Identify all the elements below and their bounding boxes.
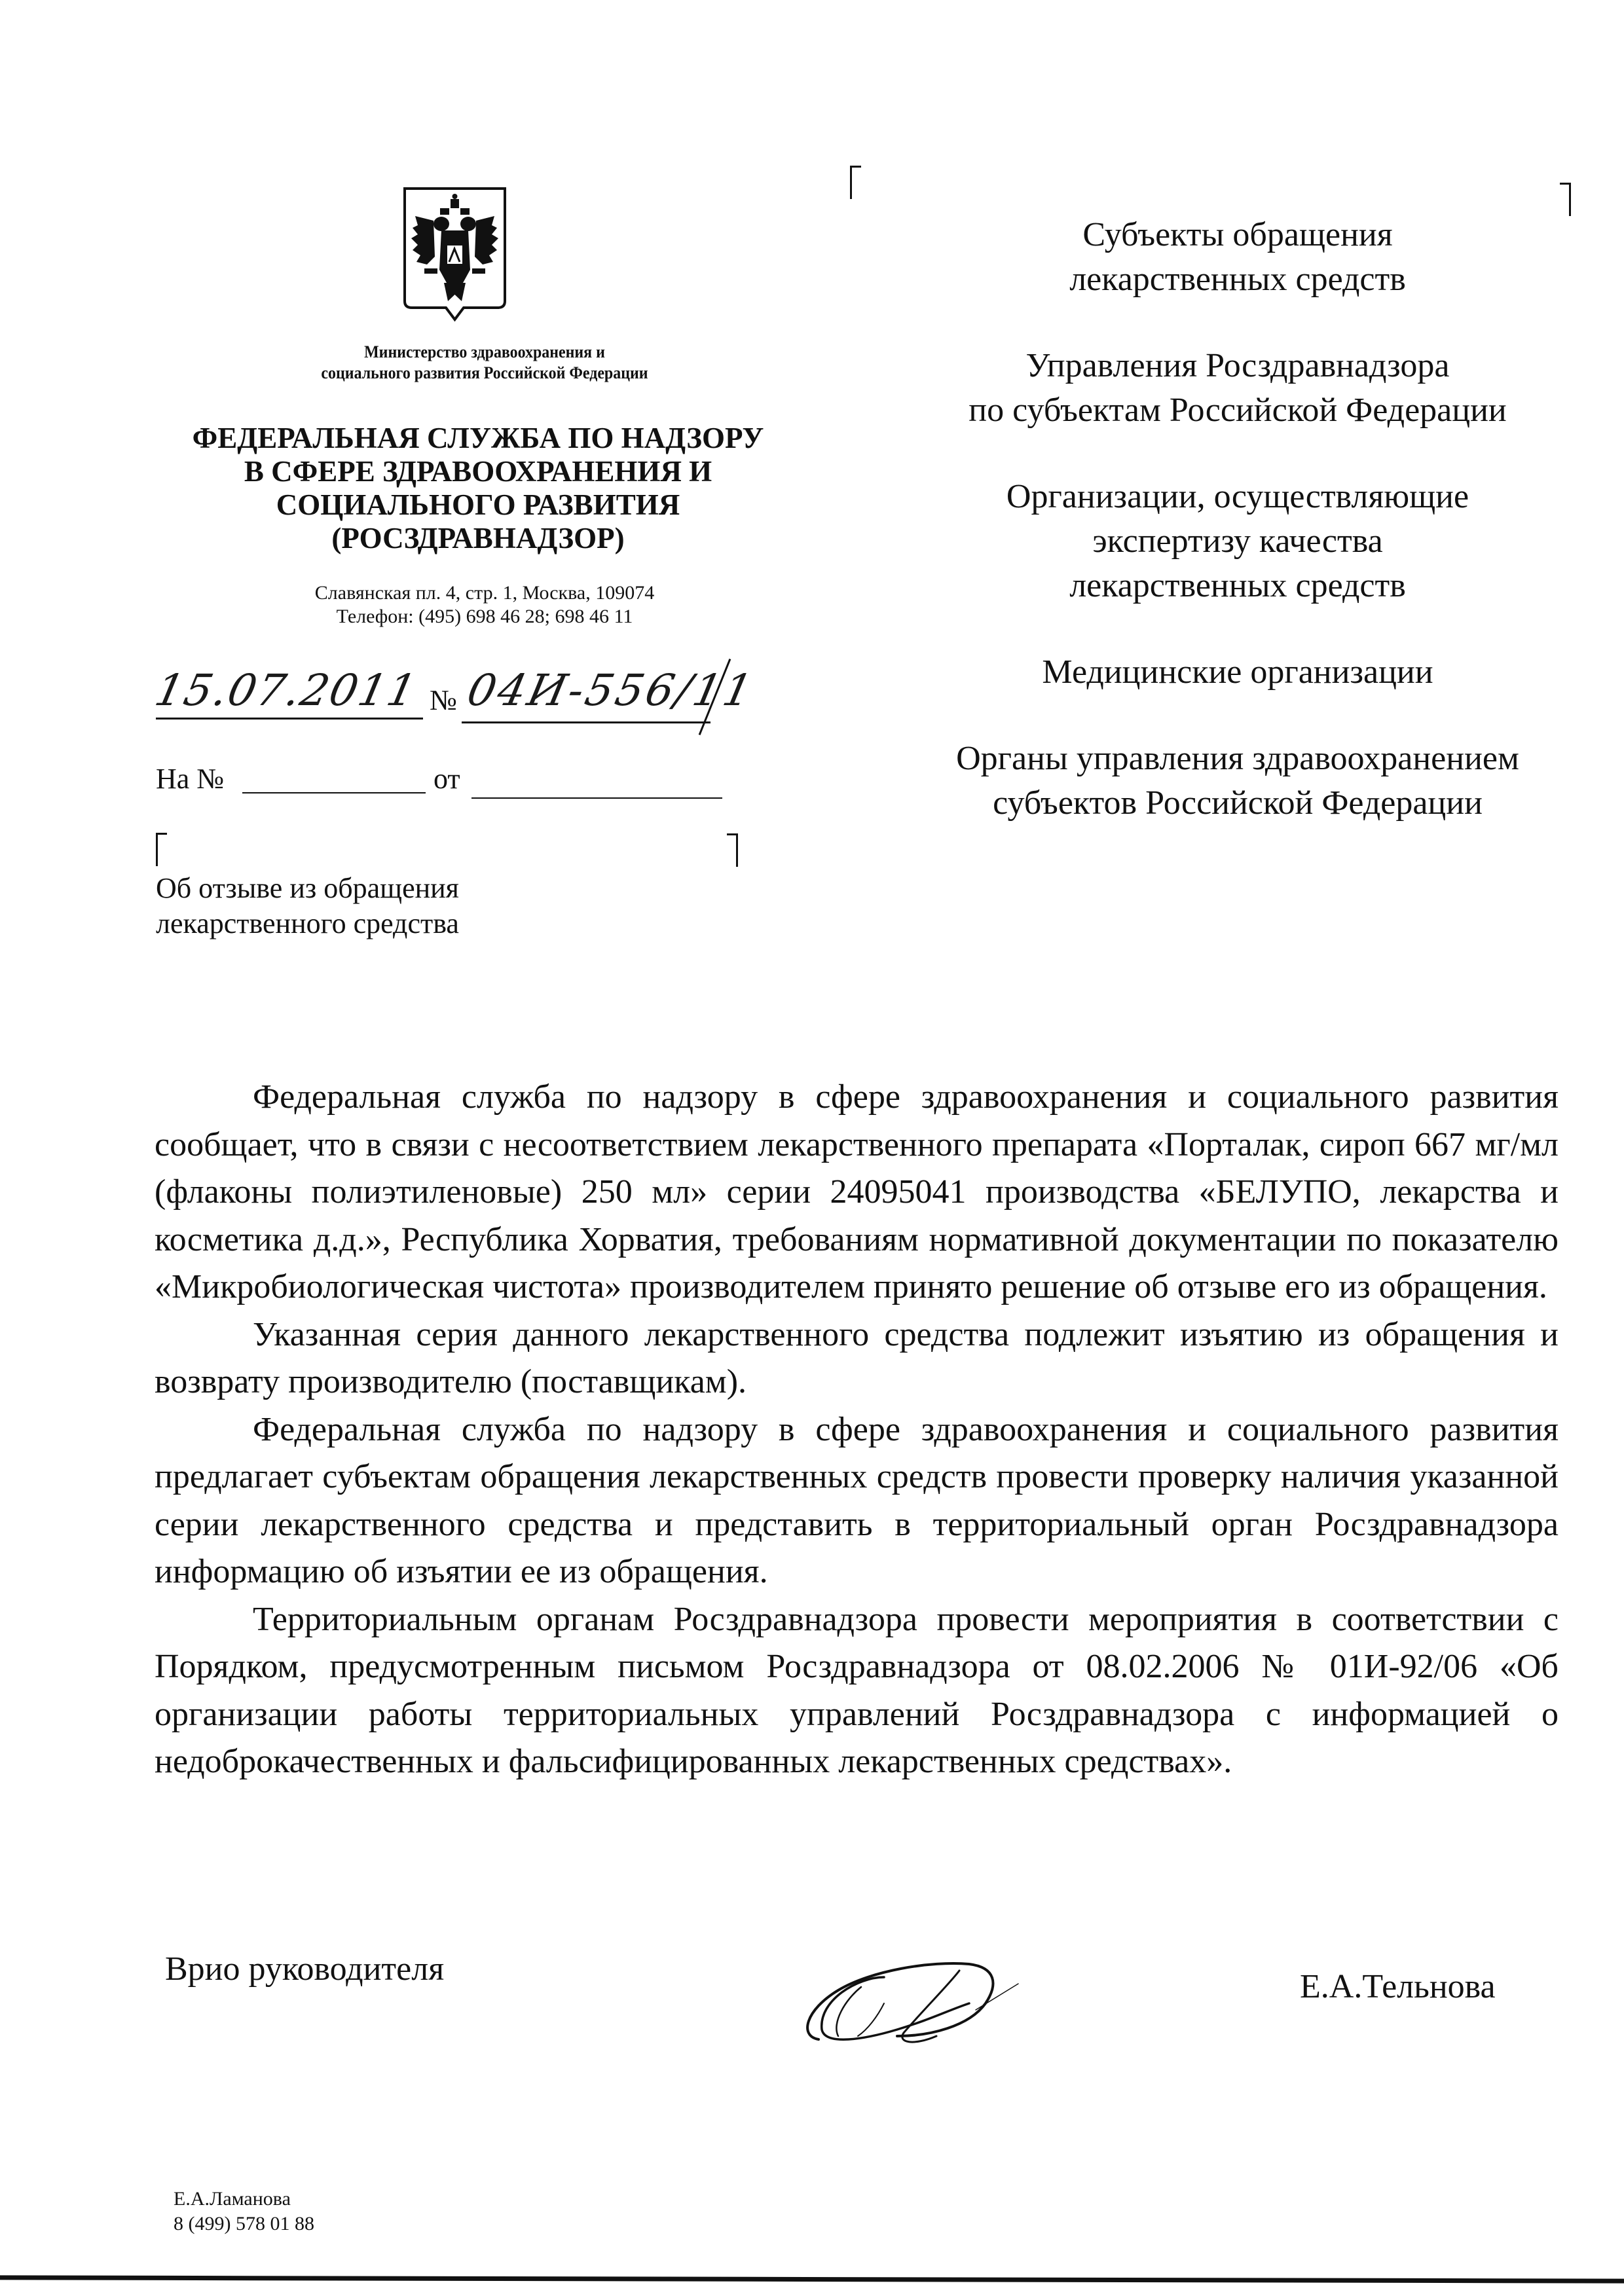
signatory-name: Е.А.Тельнова [1300,1967,1496,2007]
reply-from-label: от [434,763,460,795]
body-paragraph: Федеральная служба по надзору в сфере зд… [155,1406,1559,1596]
subject-line: лекарственного средства [156,906,459,941]
recipient-entry: Субъекты обращения лекарственных средств [877,213,1598,302]
letter-subject: Об отзыве из обращения лекарственного ср… [156,871,459,941]
subject-bracket-left [156,833,167,866]
reply-number-field [242,792,426,793]
letter-body: Федеральная служба по надзору в сфере зд… [155,1074,1559,1786]
number-underline [462,721,710,723]
executor-name: Е.А.Ламанова [174,2187,314,2212]
recipient-entry: Управления Росздравнадзора по субъектам … [877,344,1598,433]
service-address: Славянская пл. 4, стр. 1, Москва, 109074… [196,581,773,629]
recipient-line: лекарственных средств [877,257,1598,302]
body-paragraph: Указанная серия данного лекарственного с… [155,1311,1559,1406]
service-title-line: ФЕДЕРАЛЬНАЯ СЛУЖБА ПО НАДЗОРУ [151,422,805,455]
service-title: ФЕДЕРАЛЬНАЯ СЛУЖБА ПО НАДЗОРУ В СФЕРЕ ЗД… [151,422,805,555]
service-title-line: СОЦИАЛЬНОГО РАЗВИТИЯ [151,488,805,522]
recipient-line: субъектов Российской Федерации [877,781,1598,826]
reply-number-label: На № [156,763,224,795]
registration-date: 15.07.2011 [151,668,422,714]
number-sign: № [430,685,457,716]
address-line: Телефон: (495) 698 46 28; 698 46 11 [196,605,773,629]
bottom-scan-edge [0,2275,1624,2283]
subject-line: Об отзыве из обращения [156,871,459,906]
executor-phone: 8 (499) 578 01 88 [174,2212,314,2236]
recipient-line: по субъектам Российской Федерации [877,388,1598,433]
ministry-line: социального развития Российской Федераци… [219,363,750,384]
address-line: Славянская пл. 4, стр. 1, Москва, 109074 [196,581,773,605]
recipient-line: Управления Росздравнадзора [877,344,1598,388]
recipients-block: Субъекты обращения лекарственных средств… [877,213,1598,867]
subject-bracket-right [727,833,738,867]
body-paragraph: Федеральная служба по надзору в сфере зд… [155,1074,1559,1311]
recipient-line: Организации, осуществляющие [877,475,1598,519]
recipient-line: Субъекты обращения [877,213,1598,257]
executor-info: Е.А.Ламанова 8 (499) 578 01 88 [174,2187,314,2236]
signatory-position: Врио руководителя [165,1950,444,1989]
recipient-line: Органы управления здравоохранением [877,737,1598,781]
registration-number: 04И-556/11 [464,668,759,714]
recipient-line: Медицинские организации [877,650,1598,695]
russian-coat-of-arms-icon [401,185,509,325]
service-title-line: В СФЕРЕ ЗДРАВООХРАНЕНИЯ И [151,455,805,488]
ministry-name: Министерство здравоохранения и социально… [219,342,750,384]
recipient-line: экспертизу качества [877,519,1598,564]
recipients-bracket-right [1560,183,1571,216]
handwritten-signature-icon [799,1938,1048,2056]
date-underline [156,718,423,720]
recipient-entry: Медицинские организации [877,650,1598,695]
body-paragraph: Территориальным органам Росздравнадзора … [155,1596,1559,1786]
recipient-entry: Организации, осуществляющие экспертизу к… [877,475,1598,608]
service-title-line: (РОСЗДРАВНАДЗОР) [151,522,805,555]
recipient-line: лекарственных средств [877,564,1598,608]
ministry-line: Министерство здравоохранения и [219,342,750,363]
reply-date-field [471,797,722,799]
recipients-bracket-left [850,166,861,199]
recipient-entry: Органы управления здравоохранением субъе… [877,737,1598,826]
